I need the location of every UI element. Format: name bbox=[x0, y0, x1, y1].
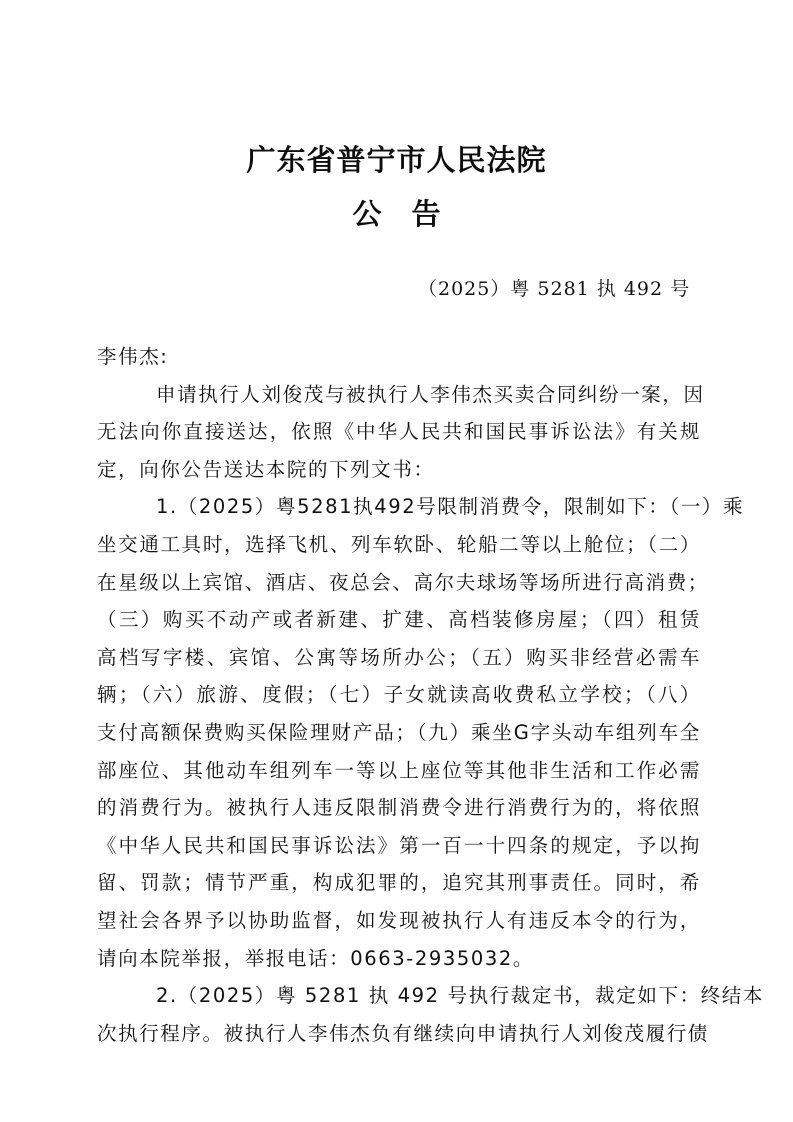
document-type-heading: 公告 bbox=[0, 192, 793, 236]
paragraph-intro-line-3: 定，向你公告送达本院的下列文书： bbox=[97, 451, 701, 489]
court-name-heading: 广东省普宁市人民法院 bbox=[0, 138, 793, 182]
addressee: 李伟杰: bbox=[97, 338, 701, 376]
paragraph-intro-line-2: 无法向你直接送达，依照《中华人民共和国民事诉讼法》有关规 bbox=[97, 413, 701, 451]
item-1-line-5: 高档写字楼、宾馆、公寓等场所办公；（五）购买非经营必需车 bbox=[97, 639, 701, 677]
item-2-line-2: 次执行程序。被执行人李伟杰负有继续向申请执行人刘俊茂履行债 bbox=[97, 1015, 701, 1053]
item-1-line-4: （三）购买不动产或者新建、扩建、高档装修房屋；（四）租赁 bbox=[97, 601, 701, 639]
item-1-line-8: 部座位、其他动车组列车一等以上座位等其他非生活和工作必需 bbox=[97, 752, 701, 790]
item-1-line-9: 的消费行为。被执行人违反限制消费令进行消费行为的，将依照 bbox=[97, 789, 701, 827]
case-number: （2025）粤 5281 执 492 号 bbox=[418, 274, 690, 304]
item-1-line-7: 支付高额保费购买保险理财产品；（九）乘坐G字头动车组列车全 bbox=[97, 714, 701, 752]
paragraph-intro-line-1: 申请执行人刘俊茂与被执行人李伟杰买卖合同纠纷一案，因 bbox=[97, 376, 701, 414]
item-1-line-3: 在星级以上宾馆、酒店、夜总会、高尔夫球场等场所进行高消费； bbox=[97, 564, 701, 602]
document-page: 广东省普宁市人民法院 公告 （2025）粤 5281 执 492 号 李伟杰: … bbox=[0, 0, 793, 1122]
item-1-line-2: 坐交通工具时，选择飞机、列车软卧、轮船二等以上舱位；（二） bbox=[97, 526, 701, 564]
item-1-line-11: 留、罚款；情节严重，构成犯罪的，追究其刑事责任。同时，希 bbox=[97, 864, 701, 902]
document-body: 李伟杰: 申请执行人刘俊茂与被执行人李伟杰买卖合同纠纷一案，因 无法向你直接送达… bbox=[97, 338, 701, 1052]
item-1-line-13-report-phone: 请向本院举报，举报电话：0663-2935032。 bbox=[97, 940, 701, 978]
item-1-line-6: 辆；（六）旅游、度假；（七）子女就读高收费私立学校；（八） bbox=[97, 676, 701, 714]
item-1-line-12: 望社会各界予以协助监督，如发现被执行人有违反本令的行为， bbox=[97, 902, 701, 940]
item-1-line-1: 1.（2025）粤5281执492号限制消费令，限制如下：（一）乘 bbox=[97, 488, 701, 526]
item-2-line-1: 2.（2025）粤 5281 执 492 号执行裁定书，裁定如下：终结本 bbox=[97, 977, 701, 1015]
item-1-line-10: 《中华人民共和国民事诉讼法》第一百一十四条的规定，予以拘 bbox=[97, 827, 701, 865]
